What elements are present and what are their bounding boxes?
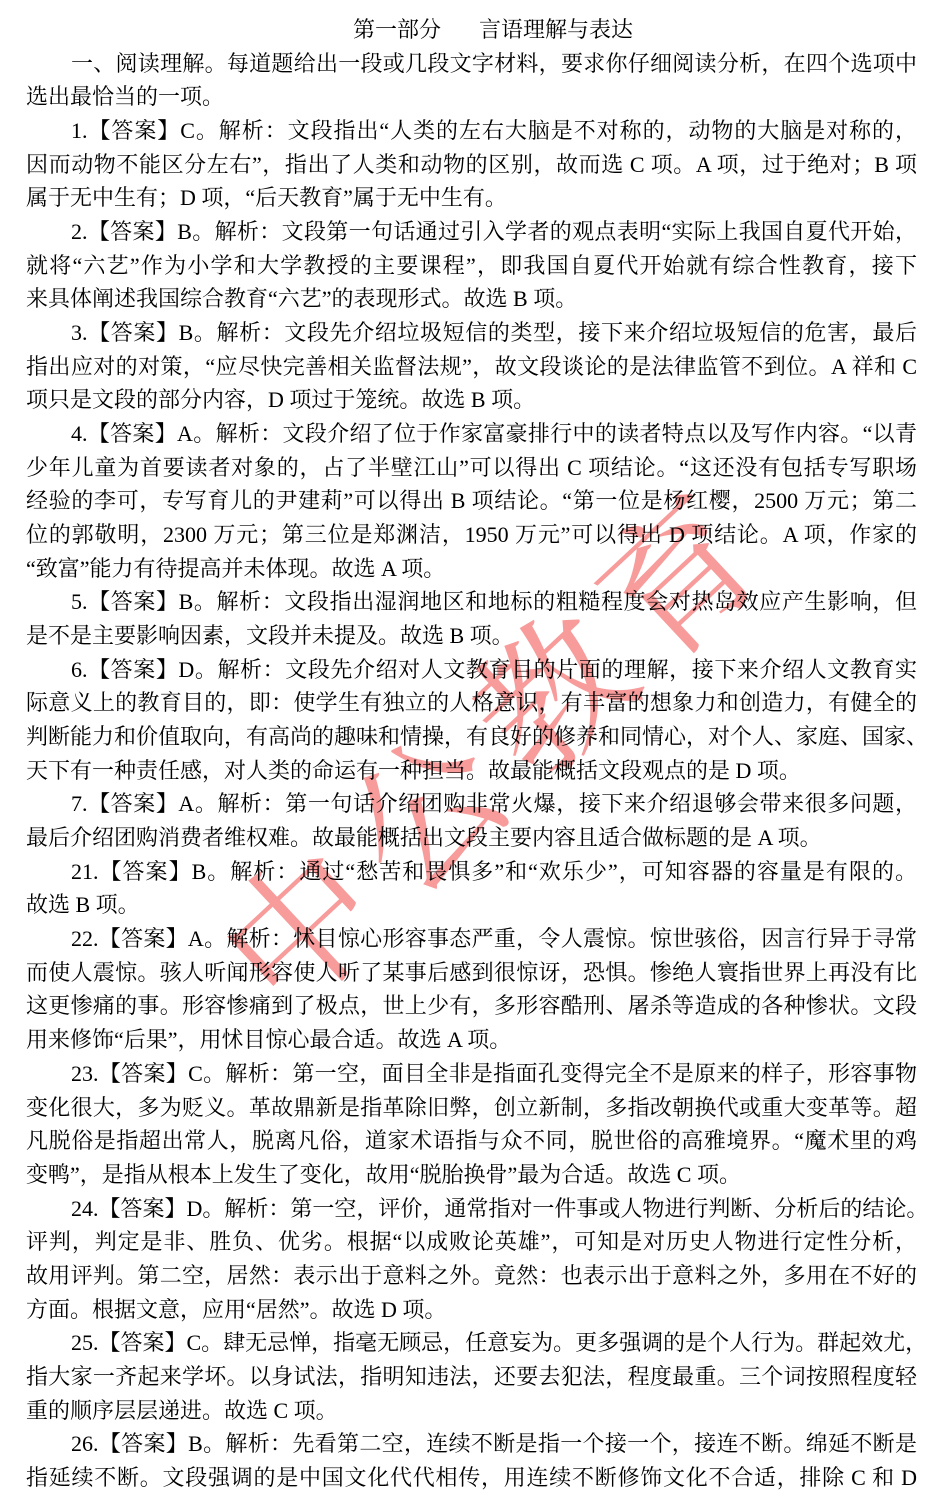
text-line: 重的顺序层层递进。故选 C 项。 [26,1394,917,1428]
answer-paragraph-q4: 4.【答案】A。解析：文段介绍了位于作家富豪排行中的读者特点以及写作内容。“以青… [26,417,917,585]
section-title: 第一部分言语理解与表达 [0,13,938,47]
text-line: 23.【答案】C。解析：第一空，面目全非是指面孔变得完全不是原来的样子，形容事物 [26,1057,917,1091]
text-line: 少年儿童为首要读者对象的，占了半壁江山”可以得出 C 项结论。“这还没有包括专写… [26,451,917,485]
intro-paragraph: 一、阅读理解。每道题给出一段或几段文字材料，要求你仔细阅读分析，在四个选项中 选… [26,47,917,114]
text-line: 位的郭敬明，2300 万元；第三位是郑渊洁，1950 万元”可以得出 D 项结论… [26,518,917,552]
text-line: 22.【答案】A。解析：怵目惊心形容事态严重，令人震惊。惊世骇俗，因言行异于寻常 [26,922,917,956]
text-line: “致富”能力有待提高并未体现。故选 A 项。 [26,552,917,586]
text-line: 4.【答案】A。解析：文段介绍了位于作家富豪排行中的读者特点以及写作内容。“以青 [26,417,917,451]
answer-paragraph-q25: 25.【答案】C。肆无忌惮，指毫无顾忌，任意妄为。更多强调的是个人行为。群起效尤… [26,1326,917,1427]
text-line: 经验的李可，专写育儿的尹建莉”可以得出 B 项结论。“第一位是杨红樱，2500 … [26,484,917,518]
answer-paragraph-q2: 2.【答案】B。解析：文段第一句话通过引入学者的观点表明“实际上我国自夏代开始，… [26,215,917,316]
section-subject-label: 言语理解与表达 [479,17,633,42]
answer-paragraph-q23: 23.【答案】C。解析：第一空，面目全非是指面孔变得完全不是原来的样子，形容事物… [26,1057,917,1192]
text-line: 25.【答案】C。肆无忌惮，指毫无顾忌，任意妄为。更多强调的是个人行为。群起效尤… [26,1326,917,1360]
answer-paragraph-q1: 1.【答案】C。解析：文段指出“人类的左右大脑是不对称的，动物的大脑是对称的， … [26,114,917,215]
text-line: 指延续不断。文段强调的是中国文化代代相传，用连续不断修饰文化不合适，排除 C 和… [26,1461,917,1495]
text-line: 故选 B 项。 [26,888,917,922]
text-line: 故用评判。第二空，居然：表示出于意料之外。竟然：也表示出于意料之外，多用在不好的 [26,1259,917,1293]
text-line: 来具体阐述我国综合教育“六艺”的表现形式。故选 B 项。 [26,282,917,316]
document-page: 第一部分言语理解与表达 一、阅读理解。每道题给出一段或几段文字材料，要求你仔细阅… [0,0,938,1495]
text-line: 用来修饰“后果”，用怵目惊心最合适。故选 A 项。 [26,1023,917,1057]
text-line: 项只是文段的部分内容，D 项过于笼统。故选 B 项。 [26,383,917,417]
answer-paragraph-q7: 7.【答案】A。解析：第一句话介绍团购非常火爆，接下来介绍退够会带来很多问题， … [26,787,917,854]
answer-paragraph-q6: 6.【答案】D。解析：文段先介绍对人文教育目的片面的理解，接下来介绍人文教育实 … [26,653,917,788]
text-line: 指出应对的对策，“应尽快完善相关监督法规”，故文段谈论的是法律监管不到位。A 祥… [26,350,917,384]
text-line: 选出最恰当的一项。 [26,80,917,114]
text-line: 7.【答案】A。解析：第一句话介绍团购非常火爆，接下来介绍退够会带来很多问题， [26,787,917,821]
text-line: 5.【答案】B。解析：文段指出湿润地区和地标的粗糙程度会对热岛效应产生影响，但 [26,585,917,619]
text-line: 而使人震惊。骇人听闻形容使人听了某事后感到很惊讶，恐惧。惨绝人寰指世界上再没有比 [26,956,917,990]
text-line: 21.【答案】B。解析：通过“愁苦和畏惧多”和“欢乐少”，可知容器的容量是有限的… [26,855,917,889]
answer-paragraph-q26: 26.【答案】B。解析：先看第二空，连续不断是指一个接一个，接连不断。绵延不断是… [26,1427,917,1494]
answer-paragraph-q22: 22.【答案】A。解析：怵目惊心形容事态严重，令人震惊。惊世骇俗，因言行异于寻常… [26,922,917,1057]
text-line: 方面。根据文意，应用“居然”。故选 D 项。 [26,1293,917,1327]
text-line: 因而动物不能区分左右”，指出了人类和动物的区别，故而选 C 项。A 项，过于绝对… [26,148,917,182]
answer-paragraph-q3: 3.【答案】B。解析：文段先介绍垃圾短信的类型，接下来介绍垃圾短信的危害，最后 … [26,316,917,417]
text-line: 是不是主要影响因素，文段并未提及。故选 B 项。 [26,619,917,653]
answer-paragraph-q21: 21.【答案】B。解析：通过“愁苦和畏惧多”和“欢乐少”，可知容器的容量是有限的… [26,855,917,922]
text-line: 26.【答案】B。解析：先看第二空，连续不断是指一个接一个，接连不断。绵延不断是 [26,1427,917,1461]
text-line: 判断能力和价值取向，有高尚的趣味和情操，有良好的修养和同情心，对个人、家庭、国家… [26,720,917,754]
answer-paragraph-q5: 5.【答案】B。解析：文段指出湿润地区和地标的粗糙程度会对热岛效应产生影响，但 … [26,585,917,652]
text-line: 评判，判定是非、胜负、优劣。根据“以成败论英雄”，可知是对历史人物进行定性分析， [26,1225,917,1259]
text-line: 凡脱俗是指超出常人，脱离凡俗，道家术语指与众不同，脱世俗的高雅境界。“魔术里的鸡 [26,1124,917,1158]
text-line: 天下有一种责任感，对人类的命运有一种担当。故最能概括文段观点的是 D 项。 [26,754,917,788]
answer-paragraph-q24: 24.【答案】D。解析：第一空，评价，通常指对一件事或人物进行判断、分析后的结论… [26,1192,917,1327]
text-line: 一、阅读理解。每道题给出一段或几段文字材料，要求你仔细阅读分析，在四个选项中 [26,47,917,81]
text-line: 这更惨痛的事。形容惨痛到了极点，世上少有，多形容酷刑、屠杀等造成的各种惨状。文段 [26,989,917,1023]
text-line: 变化很大，多为贬义。革故鼎新是指革除旧弊，创立新制，多指改朝换代或重大变革等。超 [26,1091,917,1125]
text-line: 24.【答案】D。解析：第一空，评价，通常指对一件事或人物进行判断、分析后的结论… [26,1192,917,1226]
text-line: 就将“六艺”作为小学和大学教授的主要课程”，即我国自夏代开始就有综合性教育，接下 [26,249,917,283]
text-line: 2.【答案】B。解析：文段第一句话通过引入学者的观点表明“实际上我国自夏代开始， [26,215,917,249]
text-line: 6.【答案】D。解析：文段先介绍对人文教育目的片面的理解，接下来介绍人文教育实 [26,653,917,687]
text-line: 际意义上的教育目的，即：使学生有独立的人格意识，有丰富的想象力和创造力，有健全的 [26,686,917,720]
text-line: 变鸭”，是指从根本上发生了变化，故用“脱胎换骨”最为合适。故选 C 项。 [26,1158,917,1192]
text-line: 指大家一齐起来学坏。以身试法，指明知违法，还要去犯法，程度最重。三个词按照程度轻 [26,1360,917,1394]
text-line: 3.【答案】B。解析：文段先介绍垃圾短信的类型，接下来介绍垃圾短信的危害，最后 [26,316,917,350]
text-line: 属于无中生有；D 项，“后天教育”属于无中生有。 [26,181,917,215]
text-line: 最后介绍团购消费者维权难。故最能概括出文段主要内容且适合做标题的是 A 项。 [26,821,917,855]
text-line: 1.【答案】C。解析：文段指出“人类的左右大脑是不对称的，动物的大脑是对称的， [26,114,917,148]
section-part-label: 第一部分 [353,17,441,42]
document-body: 一、阅读理解。每道题给出一段或几段文字材料，要求你仔细阅读分析，在四个选项中 选… [26,47,917,1495]
